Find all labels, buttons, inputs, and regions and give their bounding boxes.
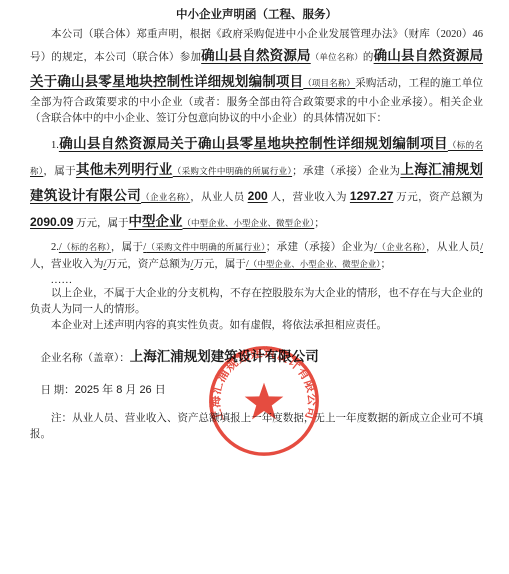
text-run: ； <box>381 259 392 270</box>
date-line: 日 期：2025 年 8 月 26 日 <box>30 382 483 399</box>
text-run: 确山县自然资源局关于确山县零星地块控制性详细规划编制项目 <box>59 136 448 151</box>
signature-line: 企业名称（盖章）：上海汇浦规划建筑设计有限公司 <box>30 347 483 367</box>
text-run: （中型企业、小型企业、微型企业） <box>249 259 381 269</box>
text-run: （企业名称） <box>141 192 190 202</box>
text-run: ，属于 <box>111 242 143 253</box>
declaration-document-page: 中小企业声明函（工程、服务） 本公司（联合体）郑重声明，根据《政府采购促进中小企… <box>0 0 509 574</box>
text-run: 人，营业收入为 <box>30 259 104 270</box>
paragraph-responsibility: 本企业对上述声明内容的真实性负责。如有虚假，将依法承担相应责任。 <box>30 318 483 334</box>
text-run: 万元，属于 <box>193 259 246 270</box>
text-run: 确山县自然资源局 <box>201 48 311 63</box>
text-run: 上海汇浦规划建筑设计有限公司 <box>130 349 319 364</box>
text-run: （标的名称） <box>62 242 111 252</box>
note-paragraph: 注：从业人员、营业收入、资产总额填报上一年度数据，无上一年度数据的新成立企业可不… <box>30 411 483 443</box>
text-run: （采购文件中明确的所属行业） <box>173 166 292 176</box>
text-run: 1. <box>51 140 59 151</box>
text-run: 日 期： <box>41 385 75 396</box>
text-run: （采购文件中明确的所属行业） <box>146 242 266 252</box>
text-run: ，从业人员 <box>190 192 247 203</box>
text-run: （项目名称） <box>303 78 355 88</box>
paragraph-item2: 2./（标的名称），属于/（采购文件中明确的所属行业）；承建（承接）企业为/（企… <box>30 239 483 273</box>
text-run: 200 <box>248 189 268 203</box>
text-run: 1297.27 <box>350 189 393 203</box>
paragraph-ellipsis: ...... <box>30 275 483 286</box>
text-run: ；承建（承接）企业为 <box>292 166 400 177</box>
text-run: / <box>480 242 483 253</box>
text-run: 企业名称（盖章）： <box>41 353 130 364</box>
text-run: （中型企业、小型企业、微型企业） <box>183 218 315 228</box>
text-run: 万元，资产总额为 <box>106 259 190 270</box>
text-run: 2025 年 8 月 26 日 <box>75 384 166 396</box>
text-run: 的 <box>363 52 374 63</box>
document-title: 中小企业声明函（工程、服务） <box>30 8 483 23</box>
text-run: （单位名称） <box>311 52 363 62</box>
paragraph-assurance: 以上企业，不属于大企业的分支机构，不存在控股股东为大企业的情形，也不存在与大企业… <box>30 286 483 318</box>
paragraph-intro: 本公司（联合体）郑重声明，根据《政府采购促进中小企业发展管理办法》（财库（202… <box>30 27 483 127</box>
text-run: ，从业人员 <box>426 242 480 253</box>
text-run: 万元，资产总额为 <box>393 192 483 203</box>
text-run: 2090.09 <box>30 215 73 229</box>
text-run: 万元，属于 <box>73 218 128 229</box>
text-run: ，属于 <box>43 166 76 177</box>
text-run: 2. <box>51 242 59 253</box>
text-run: （企业名称） <box>377 242 426 252</box>
text-run: 其他未列明行业 <box>76 162 173 177</box>
text-run: 人，营业收入为 <box>268 192 350 203</box>
text-run: ；承建（承接）企业为 <box>266 242 374 253</box>
paragraph-item1: 1.确山县自然资源局关于确山县零星地块控制性详细规划编制项目（标的名称），属于其… <box>30 131 483 235</box>
text-run: 中型企业 <box>129 214 183 229</box>
text-run: ； <box>314 218 325 229</box>
